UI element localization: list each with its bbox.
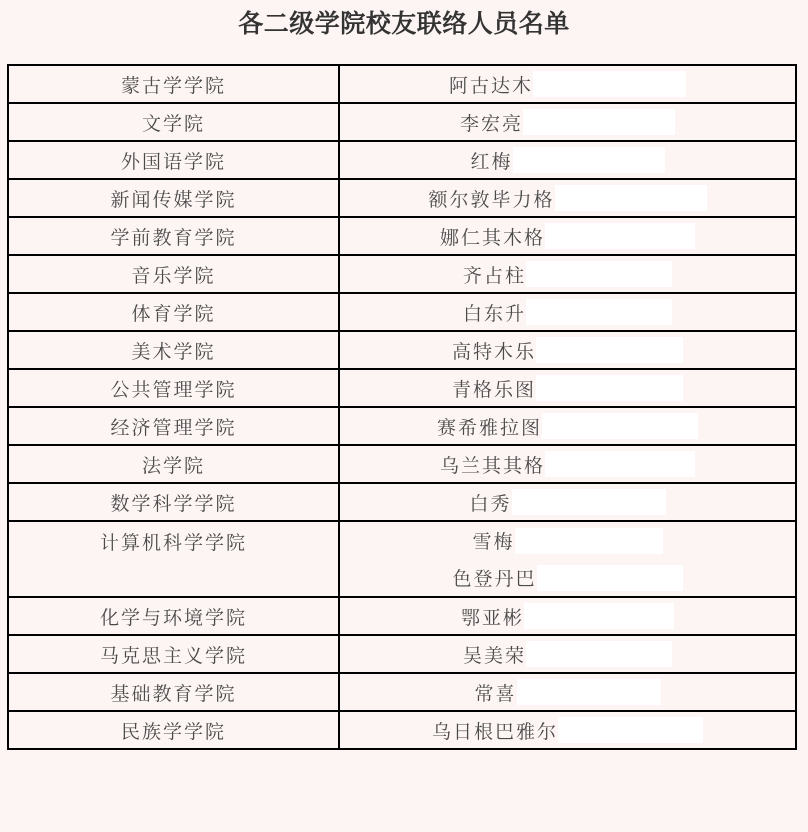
college-cell: 民族学学院 bbox=[8, 711, 339, 749]
contact-cell: 赛希雅拉图 bbox=[339, 407, 796, 445]
contact-cell: 红梅 bbox=[339, 141, 796, 179]
contact-entry: 常喜 bbox=[340, 674, 795, 710]
contact-entry: 乌日根巴雅尔 bbox=[340, 712, 795, 748]
redacted-phone-block bbox=[526, 261, 672, 287]
contact-entry: 李宏亮 bbox=[340, 104, 795, 140]
contact-entry: 红梅 bbox=[340, 142, 795, 178]
college-cell: 数学科学学院 bbox=[8, 483, 339, 521]
contact-name: 白秀 bbox=[469, 489, 511, 516]
table-row: 数学科学学院白秀 bbox=[8, 483, 796, 521]
redacted-phone-block bbox=[524, 603, 674, 629]
table-row: 法学院乌兰其其格 bbox=[8, 445, 796, 483]
contact-name: 乌兰其其格 bbox=[440, 451, 545, 478]
contact-name: 红梅 bbox=[470, 147, 512, 174]
contact-name: 青格乐图 bbox=[452, 375, 536, 402]
contact-name: 常喜 bbox=[474, 679, 516, 706]
contact-entry: 白东升 bbox=[340, 294, 795, 330]
contact-name: 雪梅 bbox=[472, 527, 514, 554]
contact-cell: 青格乐图 bbox=[339, 369, 796, 407]
redacted-phone-block bbox=[545, 451, 695, 477]
contact-entry: 高特木乐 bbox=[340, 332, 795, 368]
contact-cell: 白东升 bbox=[339, 293, 796, 331]
contact-cell: 高特木乐 bbox=[339, 331, 796, 369]
redacted-phone-block bbox=[536, 337, 683, 363]
college-cell: 学前教育学院 bbox=[8, 217, 339, 255]
redacted-phone-block bbox=[512, 489, 666, 515]
contact-name: 高特木乐 bbox=[452, 337, 536, 364]
contact-cell: 娜仁其木格 bbox=[339, 217, 796, 255]
redacted-phone-block bbox=[537, 565, 683, 591]
table-row: 美术学院高特木乐 bbox=[8, 331, 796, 369]
redacted-phone-block bbox=[526, 299, 672, 325]
contact-entry: 额尔敦毕力格 bbox=[340, 180, 795, 216]
contact-roster-table: 蒙古学学院阿古达木文学院李宏亮外国语学院红梅新闻传媒学院额尔敦毕力格学前教育学院… bbox=[7, 64, 797, 750]
college-cell: 文学院 bbox=[8, 103, 339, 141]
contact-name: 赛希雅拉图 bbox=[437, 413, 542, 440]
table-row: 基础教育学院常喜 bbox=[8, 673, 796, 711]
redacted-phone-block bbox=[523, 109, 675, 135]
contact-entry: 乌兰其其格 bbox=[340, 446, 795, 482]
contact-name: 齐占柱 bbox=[463, 261, 526, 288]
table-row: 学前教育学院娜仁其木格 bbox=[8, 217, 796, 255]
table-row: 新闻传媒学院额尔敦毕力格 bbox=[8, 179, 796, 217]
redacted-phone-block bbox=[542, 413, 698, 439]
contact-name: 阿古达木 bbox=[449, 71, 533, 98]
contact-entry: 吴美荣 bbox=[340, 636, 795, 672]
table-row: 外国语学院红梅 bbox=[8, 141, 796, 179]
contact-name: 娜仁其木格 bbox=[440, 223, 545, 250]
contact-entry: 齐占柱 bbox=[340, 256, 795, 292]
table-row: 体育学院白东升 bbox=[8, 293, 796, 331]
contact-entry: 鄂亚彬 bbox=[340, 598, 795, 634]
contact-cell: 乌兰其其格 bbox=[339, 445, 796, 483]
table-row: 文学院李宏亮 bbox=[8, 103, 796, 141]
redacted-phone-block bbox=[515, 528, 663, 554]
table-row: 经济管理学院赛希雅拉图 bbox=[8, 407, 796, 445]
contact-cell: 乌日根巴雅尔 bbox=[339, 711, 796, 749]
college-cell: 计算机科学学院 bbox=[8, 521, 339, 597]
contact-entry: 阿古达木 bbox=[340, 66, 795, 102]
table-row: 蒙古学学院阿古达木 bbox=[8, 65, 796, 103]
college-cell: 音乐学院 bbox=[8, 255, 339, 293]
contact-cell: 雪梅色登丹巴 bbox=[339, 521, 796, 597]
contact-cell: 吴美荣 bbox=[339, 635, 796, 673]
college-cell: 基础教育学院 bbox=[8, 673, 339, 711]
contact-entry: 色登丹巴 bbox=[340, 559, 795, 596]
contact-cell: 鄂亚彬 bbox=[339, 597, 796, 635]
contact-name: 额尔敦毕力格 bbox=[428, 185, 554, 212]
college-cell: 美术学院 bbox=[8, 331, 339, 369]
contact-entry: 娜仁其木格 bbox=[340, 218, 795, 254]
contact-cell: 白秀 bbox=[339, 483, 796, 521]
redacted-phone-block bbox=[517, 679, 661, 705]
contact-name: 乌日根巴雅尔 bbox=[432, 717, 558, 744]
redacted-phone-block bbox=[533, 71, 686, 97]
college-cell: 经济管理学院 bbox=[8, 407, 339, 445]
contact-name: 吴美荣 bbox=[463, 641, 526, 668]
redacted-phone-block bbox=[536, 375, 683, 401]
college-cell: 新闻传媒学院 bbox=[8, 179, 339, 217]
contact-cell: 阿古达木 bbox=[339, 65, 796, 103]
college-cell: 法学院 bbox=[8, 445, 339, 483]
contact-cell: 齐占柱 bbox=[339, 255, 796, 293]
table-row: 音乐学院齐占柱 bbox=[8, 255, 796, 293]
contact-entry: 雪梅 bbox=[340, 522, 795, 559]
table-row: 计算机科学学院雪梅色登丹巴 bbox=[8, 521, 796, 597]
redacted-phone-block bbox=[558, 717, 703, 743]
contact-entry: 白秀 bbox=[340, 484, 795, 520]
contact-name: 色登丹巴 bbox=[452, 564, 536, 591]
contact-name: 李宏亮 bbox=[460, 109, 523, 136]
college-cell: 化学与环境学院 bbox=[8, 597, 339, 635]
college-cell: 马克思主义学院 bbox=[8, 635, 339, 673]
contact-entry: 青格乐图 bbox=[340, 370, 795, 406]
redacted-phone-block bbox=[545, 223, 695, 249]
table-row: 马克思主义学院吴美荣 bbox=[8, 635, 796, 673]
table-row: 化学与环境学院鄂亚彬 bbox=[8, 597, 796, 635]
college-cell: 蒙古学学院 bbox=[8, 65, 339, 103]
page-title: 各二级学院校友联络人员名单 bbox=[0, 6, 808, 42]
contact-name: 白东升 bbox=[463, 299, 526, 326]
college-cell: 体育学院 bbox=[8, 293, 339, 331]
contact-cell: 常喜 bbox=[339, 673, 796, 711]
college-cell: 外国语学院 bbox=[8, 141, 339, 179]
college-cell: 公共管理学院 bbox=[8, 369, 339, 407]
redacted-phone-block bbox=[526, 641, 672, 667]
contact-cell: 额尔敦毕力格 bbox=[339, 179, 796, 217]
table-row: 民族学学院乌日根巴雅尔 bbox=[8, 711, 796, 749]
contact-cell: 李宏亮 bbox=[339, 103, 796, 141]
table-row: 公共管理学院青格乐图 bbox=[8, 369, 796, 407]
contact-name: 鄂亚彬 bbox=[461, 603, 524, 630]
redacted-phone-block bbox=[513, 147, 665, 173]
roster-body: 蒙古学学院阿古达木文学院李宏亮外国语学院红梅新闻传媒学院额尔敦毕力格学前教育学院… bbox=[8, 65, 796, 749]
redacted-phone-block bbox=[555, 185, 707, 211]
contact-entry: 赛希雅拉图 bbox=[340, 408, 795, 444]
